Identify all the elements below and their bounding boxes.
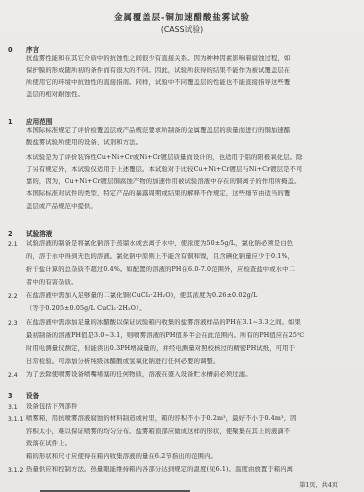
paragraph-line: 在盐溶液中需加入足够量的二氯化铜(CuCl₂·2H₂O)，使其浓度为0.26±0…: [26, 292, 356, 300]
paragraph-line: 者中的有害杂质。: [26, 279, 356, 287]
paragraph-line: 本试验是为了评价装饰性Cu+Ni+Cr或Ni+Cr镀层质量而设计的，也适用于铝的…: [26, 154, 356, 162]
paragraph-line: 容积太小，难以保证喷雾的均匀分布。盐雾箱顶部应做成这样的形状，使聚集在其上的液滴…: [26, 428, 356, 436]
section-2-heading: 2试验溶液: [8, 228, 52, 238]
clause-number: 3.1.2: [8, 467, 23, 474]
paragraph-line: 盖层的相对耐蚀性。: [26, 91, 356, 99]
paragraph-line: 保护膜的形成随所初的条件而有很大的不同。因此，试验所获得的结果不能作为被试覆盖层…: [26, 67, 356, 75]
paragraph-line: 本国际标准对试件的类型、特定产品的暴露周期或结果的解释不作规定，这些细节由适当的…: [26, 190, 356, 198]
document-page: 金属覆盖层-铜加速醋酸盐雾试验 (CASS试验) 0序言 抗盐雾性能和在其它介质…: [0, 0, 364, 492]
section-title: 设备: [26, 392, 39, 400]
paragraph-line: 箱的形状和尺寸应使得在箱内收集溶液的量在6.2节指出的范围内。: [26, 453, 356, 461]
page-number: 第1页，共4页: [299, 480, 338, 489]
paragraph-line: 试验溶液的制备是将氯化钠溶于蒸馏水或去离子水中，使浓度为50±5g/L，氯化钠必…: [26, 240, 356, 248]
clause-number: 3.1: [8, 404, 18, 411]
paragraph-line: 所使用它的环境中抗蚀性的直接指南。同样，试验中不同覆盖层的性能也不能直接指导这些…: [26, 79, 356, 87]
section-0-heading: 0序言: [8, 44, 39, 54]
clause-number: 2.4: [8, 372, 18, 379]
paragraph-line: 的，溶于水中得到无色的溶液。氯化钠中原则上不能含有铜和镍，且含碘化钠量应少于0.…: [26, 253, 356, 261]
paragraph-line: 酸盐雾试验所使用的设备、试剂和方法。: [26, 139, 356, 147]
paragraph-line: 本国际标准规定了评价检覆盖层或产品规范要求所制备的金属覆盖层的质量而进行的铜加速…: [26, 127, 356, 135]
paragraph-line: 时用电测量仪测定，但能读出0.3PH增减量的，并经电测量对照校核过的精密PH试纸…: [26, 345, 356, 353]
section-title: 试验溶液: [26, 230, 52, 238]
paragraph-line: 最初制备的溶液PH值是3.0~3.1，则喷雾溶液的PH值多半会在此范围内。所有的…: [26, 332, 356, 340]
document-subtitle: (CASS试验): [0, 24, 364, 35]
paragraph-line: 日常检验。可添加分析纯级冰醋酸或氢氧化钠进行任何必要的调整。: [26, 358, 356, 366]
paragraph-line: 了另有规定外，本试验仅适用于上述覆层。本试验对于比较Cu+Ni+Cr镀层与Ni+…: [26, 166, 356, 174]
paragraph-line: 致落在试件上。: [26, 440, 356, 448]
paragraph-line: （等于0.205±0.05g/L CuCl₂·2H₂O）。: [26, 305, 356, 313]
section-title: 应用范围: [26, 118, 52, 126]
clause-number: 2.1: [8, 241, 18, 248]
section-number: 1: [8, 118, 26, 126]
clause-number: 2.3: [8, 320, 18, 327]
paragraph-line: 热量供应和控制方法。热量眼能维持箱内各部分达到规定的温度(见6.1)。温度由放置…: [26, 466, 356, 474]
paragraph-line: 在盐溶液中需添加足量的冰醋酸以保证试验箱内收集的盐雾溶液样品的PH在3.1~3.…: [26, 319, 356, 327]
paragraph-line: 折干盐计算的总杂质不超过0.4%。如配置的溶液的PH在6.0-7.0范围外，应检…: [26, 266, 356, 274]
paragraph-line: 盖层或产品规范中提供。: [26, 203, 356, 211]
section-number: 0: [8, 46, 26, 54]
section-title: 序言: [26, 46, 39, 54]
paragraph-line: 靠的，因为，Cu+Ni+Cr镀层铜腐蚀产物的加速作用被试验溶液中存在的铜离子的作…: [26, 178, 356, 186]
paragraph-line: 为了去除使喷雾设备喷嘴堵塞的任何物质，溶液在盛入设备贮水槽前必须过滤。: [26, 371, 356, 379]
clause-number: 3.1.1: [8, 416, 23, 423]
section-1-heading: 1应用范围: [8, 116, 52, 126]
section-number: 2: [8, 230, 26, 238]
paragraph-line: 喷雾箱，用抗喷雾溶液腐蚀的材料制造或衬里，箱的容积不小于0.2m³，最好不小于0…: [26, 415, 356, 423]
paragraph-line: 设备包括下列部件: [26, 403, 356, 411]
document-title: 金属覆盖层-铜加速醋酸盐雾试验: [0, 11, 364, 23]
paragraph-line: 抗盐雾性能和在其它介质中的抗蚀性之间很少有直接关系。因为种种因素影响着腐蚀过程，…: [26, 55, 356, 63]
clause-number: 2.2: [8, 293, 18, 300]
section-3-heading: 3设备: [8, 390, 39, 400]
section-number: 3: [8, 392, 26, 400]
